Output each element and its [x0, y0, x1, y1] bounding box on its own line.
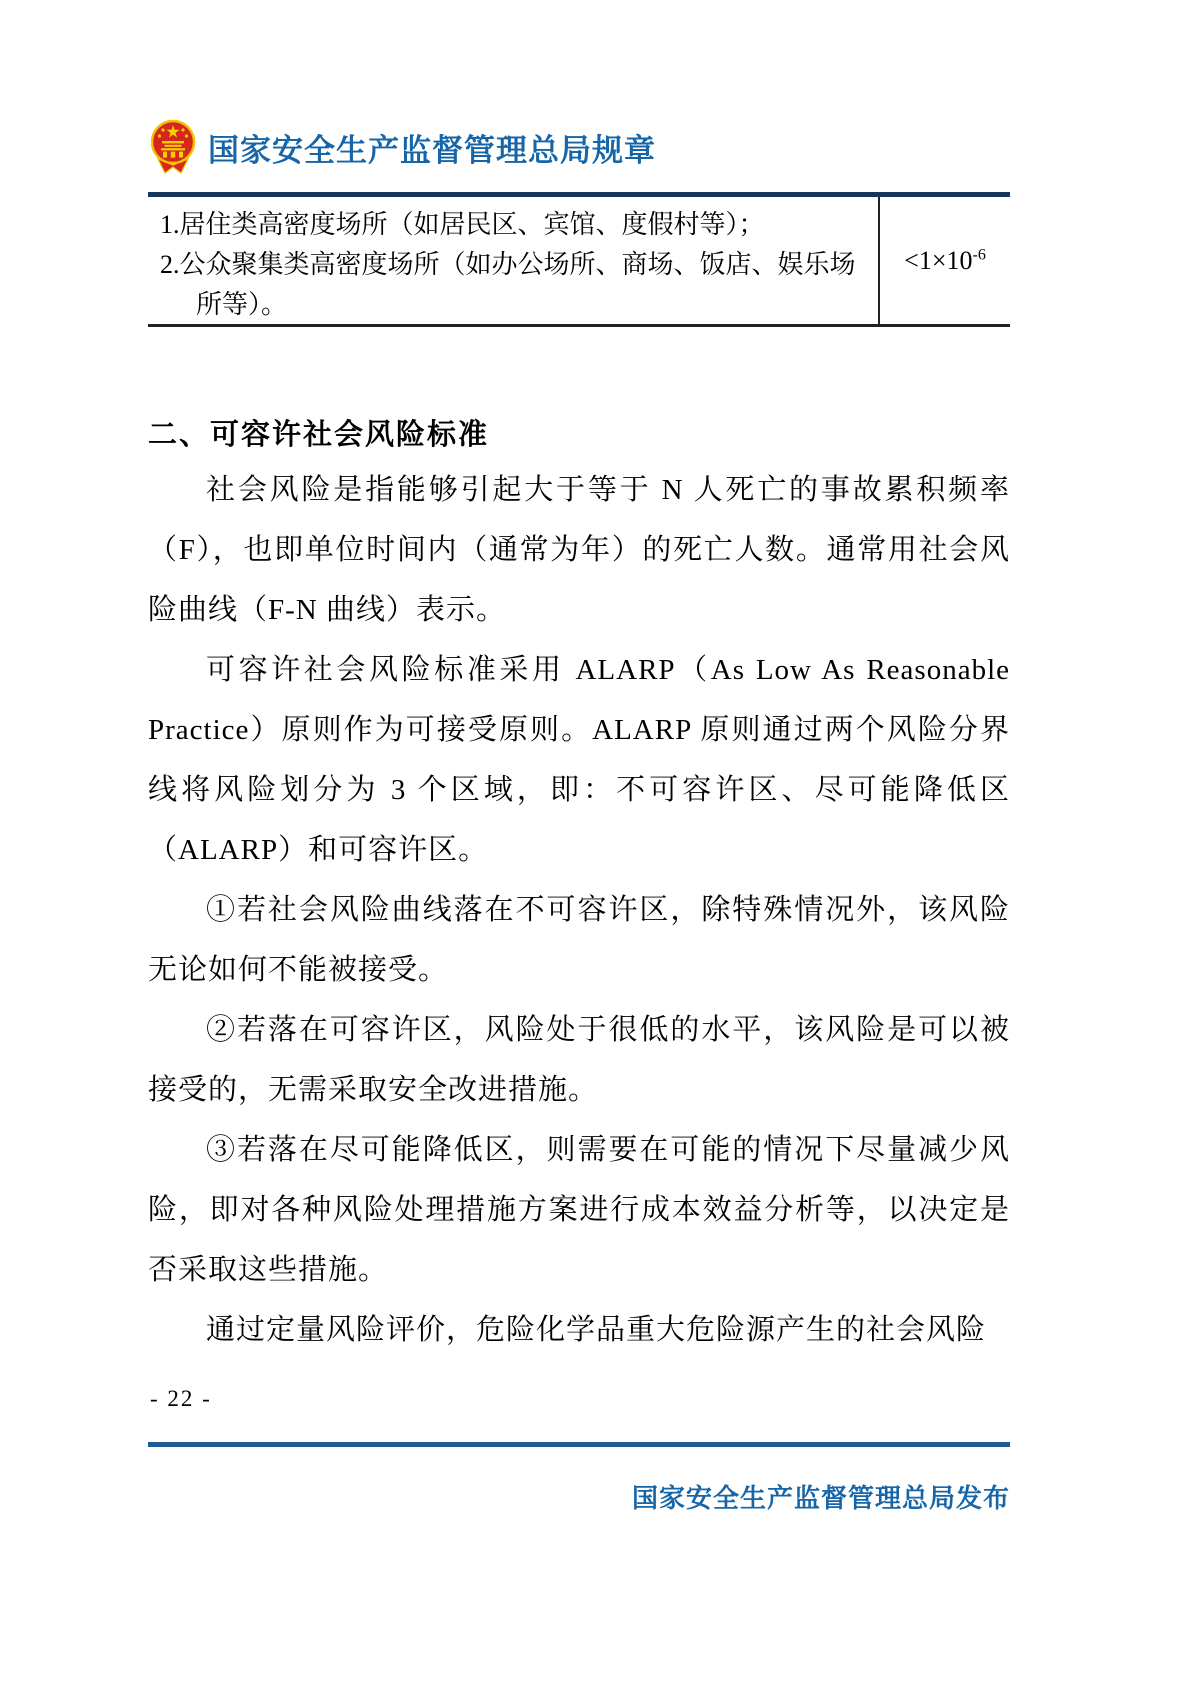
paragraph-alarp-zone: ③若落在尽可能降低区，则需要在可能的情况下尽量减少风险，即对各种风险处理措施方案… — [148, 1120, 1010, 1300]
risk-criteria-table: 1.居住类高密度场所（如居民区、宾馆、度假村等）； 2.公众聚集类高密度场所（如… — [148, 197, 1010, 327]
document-body: 社会风险是指能够引起大于等于 N 人死亡的事故累积频率（F），也即单位时间内（通… — [148, 460, 1010, 1360]
risk-value-exponent: -6 — [973, 246, 986, 263]
table-cell-risk-value: <1×10-6 — [878, 197, 1010, 324]
section-heading: 二、可容许社会风险标准 — [148, 412, 489, 453]
table-item-residential: 1.居住类高密度场所（如居民区、宾馆、度假村等）； — [160, 205, 872, 245]
page-number: - 22 - — [150, 1386, 212, 1412]
header-title: 国家安全生产监督管理总局规章 — [208, 125, 656, 170]
paragraph-tolerable-zone: ②若落在可容许区，风险处于很低的水平，该风险是可以被接受的，无需采取安全改进措施… — [148, 1000, 1010, 1120]
footer-divider-rule — [148, 1442, 1010, 1447]
footer-publisher: 国家安全生产监督管理总局发布 — [148, 1478, 1010, 1515]
paragraph-social-risk-definition: 社会风险是指能够引起大于等于 N 人死亡的事故累积频率（F），也即单位时间内（通… — [148, 460, 1010, 640]
document-page: 国家安全生产监督管理总局规章 1.居住类高密度场所（如居民区、宾馆、度假村等）；… — [0, 0, 1190, 1683]
risk-value: <1×10-6 — [904, 246, 986, 276]
paragraph-intolerable-zone: ①若社会风险曲线落在不可容许区，除特殊情况外，该风险无论如何不能被接受。 — [148, 880, 1010, 1000]
risk-value-base: <1×10 — [904, 246, 972, 275]
table-cell-protection-targets: 1.居住类高密度场所（如居民区、宾馆、度假村等）； 2.公众聚集类高密度场所（如… — [148, 197, 878, 324]
national-emblem-icon — [148, 117, 198, 177]
table-item-public-gathering: 2.公众聚集类高密度场所（如办公场所、商场、饭店、娱乐场所等）。 — [160, 245, 872, 325]
paragraph-quantitative-assessment: 通过定量风险评价，危险化学品重大危险源产生的社会风险 — [148, 1300, 1010, 1360]
page-header: 国家安全生产监督管理总局规章 — [148, 116, 1010, 178]
paragraph-alarp-principle: 可容许社会风险标准采用 ALARP（As Low As Reasonable P… — [148, 640, 1010, 880]
